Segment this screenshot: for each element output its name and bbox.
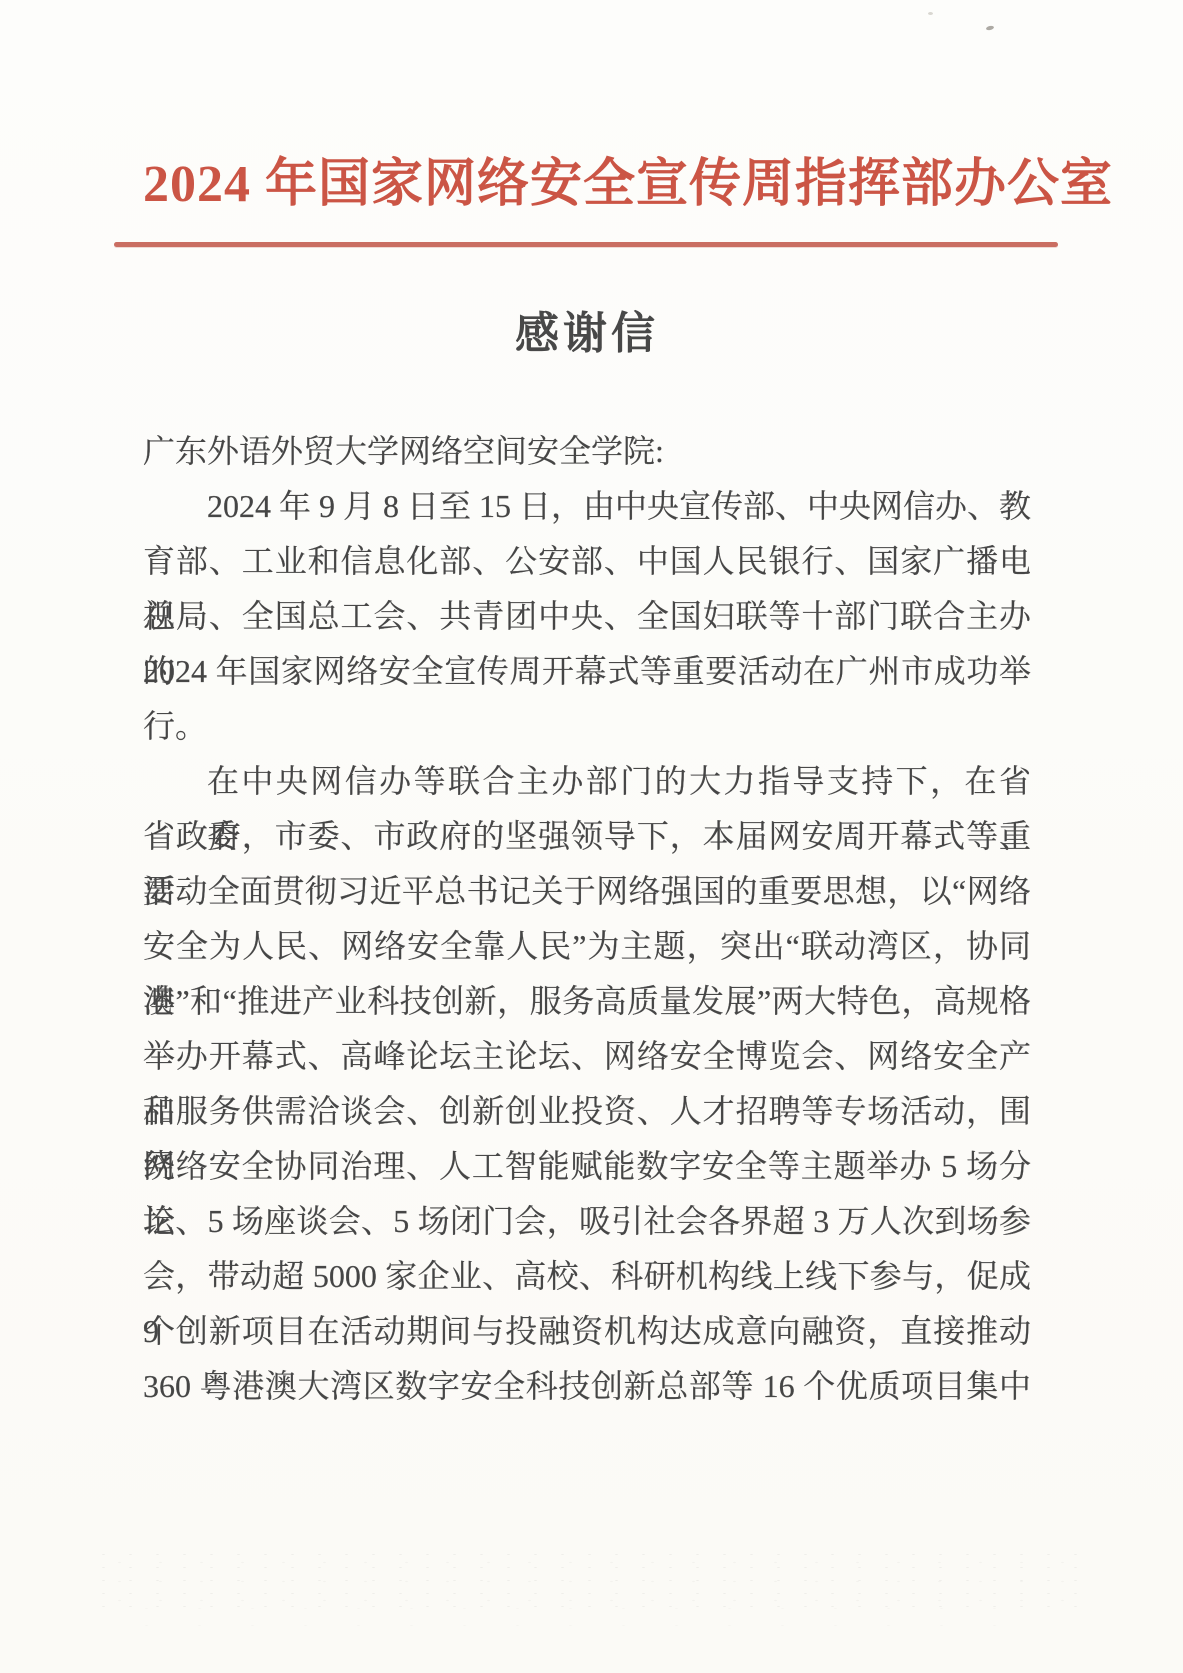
- letter-body: 广东外语外贸大学网络空间安全学院: 2024 年 9 月 8 日至 15 日，由…: [143, 424, 1031, 1414]
- letter-page: { "letterhead": { "title": "2024 年国家网络安全…: [0, 0, 1183, 1673]
- letter-line: 360 粤港澳大湾区数字安全科技创新总部等 16 个优质项目集中: [143, 1359, 1031, 1414]
- scan-speck: [928, 12, 933, 15]
- letter-line: 个创新项目在活动期间与投融资机构达成意向融资，直接推动: [143, 1304, 1031, 1359]
- letter-line: 2024 年国家网络安全宣传周开幕式等重要活动在广州市成功举: [143, 644, 1031, 699]
- letter-line: 在中央网信办等联合主办部门的大力指导支持下，在省委、: [143, 754, 1031, 809]
- letter-line: 会，带动超 5000 家企业、高校、科研机构线上线下参与，促成 9: [143, 1249, 1031, 1304]
- letter-title: 感谢信: [143, 304, 1031, 364]
- scanned-letter: 2024 年国家网络安全宣传周指挥部办公室 感谢信 广东外语外贸大学网络空间安全…: [0, 0, 1183, 1673]
- scan-bleedthrough-noise: [120, 1600, 1020, 1640]
- letter-line: 活动全面贯彻习近平总书记关于网络强国的重要思想，以“网络: [143, 864, 1031, 919]
- letter-line: 安全为人民、网络安全靠人民”为主题，突出“联动湾区，协同港: [143, 919, 1031, 974]
- letter-line: 2024 年 9 月 8 日至 15 日，由中央宣传部、中央网信办、教: [143, 479, 1031, 534]
- letterhead-divider-line: [114, 242, 1058, 247]
- scan-speck: [986, 25, 995, 31]
- letter-line: 行。: [143, 699, 1031, 754]
- letter-line: 育部、工业和信息化部、公安部、中国人民银行、国家广播电视: [143, 534, 1031, 589]
- salutation-line: 广东外语外贸大学网络空间安全学院:: [143, 424, 1031, 479]
- letter-line: 总局、全国总工会、共青团中央、全国妇联等十部门联合主办的: [143, 589, 1031, 644]
- letter-line: 坛、5 场座谈会、5 场闭门会，吸引社会各界超 3 万人次到场参: [143, 1194, 1031, 1249]
- letter-line: 和服务供需洽谈会、创新创业投资、人才招聘等专场活动，围绕: [143, 1084, 1031, 1139]
- letterhead-title: 2024 年国家网络安全宣传周指挥部办公室: [143, 148, 1031, 222]
- letter-line: 澳”和“推进产业科技创新，服务高质量发展”两大特色，高规格: [143, 974, 1031, 1029]
- letter-line: 举办开幕式、高峰论坛主论坛、网络安全博览会、网络安全产品: [143, 1029, 1031, 1084]
- letter-line: 网络安全协同治理、人工智能赋能数字安全等主题举办 5 场分论: [143, 1139, 1031, 1194]
- letter-line: 省政府，市委、市政府的坚强领导下，本届网安周开幕式等重要: [143, 809, 1031, 864]
